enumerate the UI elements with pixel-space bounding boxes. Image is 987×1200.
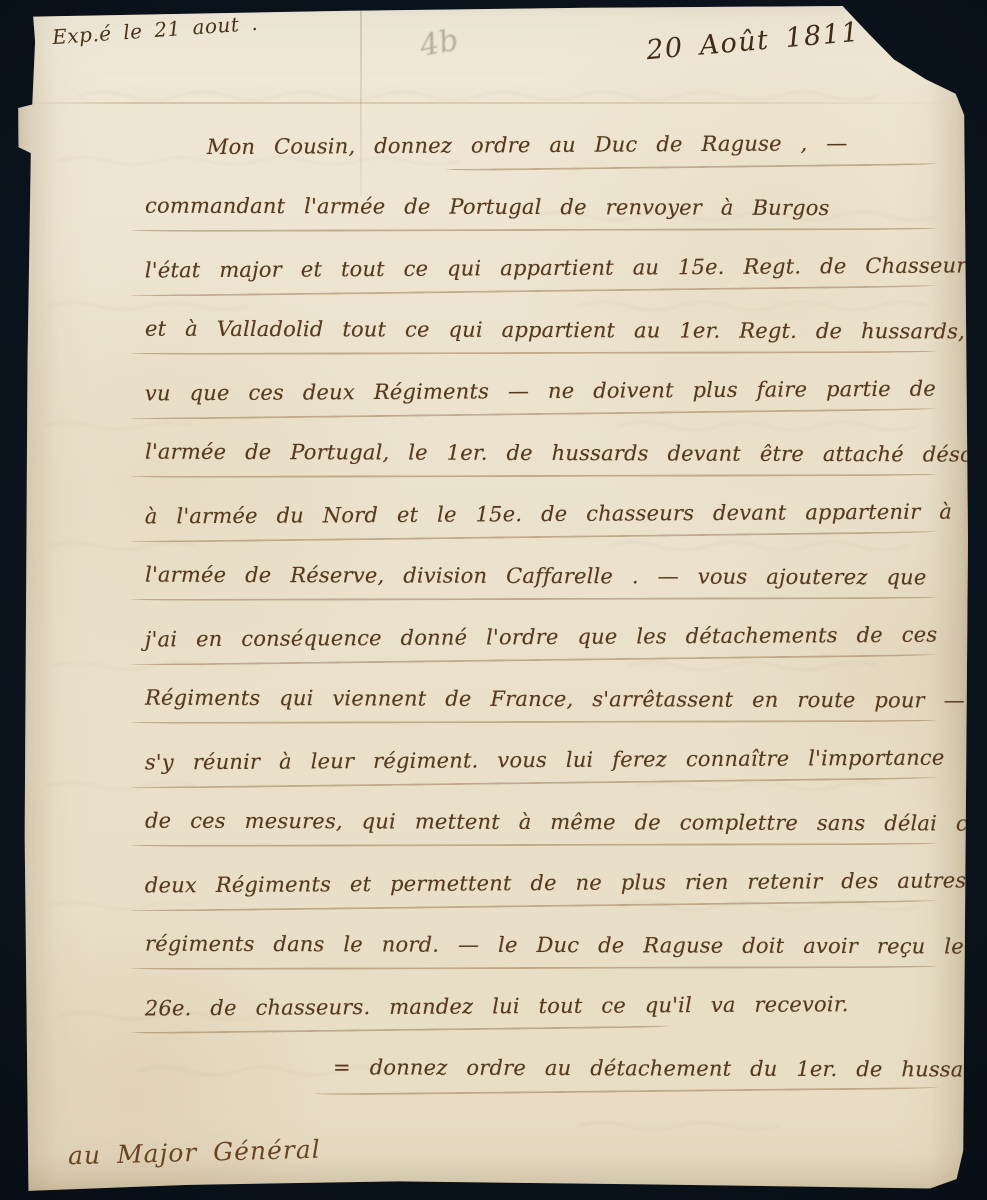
manuscript-line: 26e. de chasseurs. mandez lui tout ce qu…: [145, 992, 942, 1058]
manuscript-line-text: l'armée de Réserve, division Caffarelle …: [145, 562, 927, 589]
manuscript-line: l'état major et tout ce qui appartient a…: [145, 254, 942, 320]
manuscript-line-text: Régiments qui viennent de France, s'arrê…: [145, 685, 965, 712]
manuscript-line-text: j'ai en conséquence donné l'ordre que le…: [145, 623, 938, 652]
manuscript-line-text: régiments dans le nord. — le Duc de Ragu…: [145, 931, 964, 958]
manuscript-line-text: l'état major et tout ce qui appartient a…: [145, 253, 985, 282]
manuscript-line: régiments dans le nord. — le Duc de Ragu…: [145, 931, 942, 995]
manuscript-line-text: et à Valladolid tout ce qui appartient a…: [145, 316, 965, 343]
manuscript-line: l'armée de Portugal, le 1er. de hussards…: [145, 439, 942, 503]
manuscript-line-text: = donnez ordre au détachement du 1er. de…: [333, 1055, 987, 1082]
letter-body: Mon Cousin, donnez ordre au Duc de Ragus…: [145, 133, 942, 1117]
manuscript-line-text: Mon Cousin, donnez ordre au Duc de Ragus…: [207, 131, 848, 159]
paper-sheet: Exp.é le 21 aout . 4b 20 Août 1811 Mon C…: [18, 6, 968, 1192]
manuscript-line: et à Valladolid tout ce qui appartient a…: [145, 316, 942, 380]
manuscript-line: Mon Cousin, donnez ordre au Duc de Ragus…: [145, 131, 942, 197]
manuscript-line-text: commandant l'armée de Portugal de renvoy…: [145, 193, 830, 219]
manuscript-line-text: de ces mesures, qui mettent à même de co…: [145, 808, 987, 835]
manuscript-line-text: 26e. de chasseurs. mandez lui tout ce qu…: [145, 992, 849, 1020]
manuscript-line: commandant l'armée de Portugal de renvoy…: [145, 193, 942, 257]
manuscript-line: deux Régiments et permettent de ne plus …: [145, 869, 942, 935]
manuscript-line-text: l'armée de Portugal, le 1er. de hussards…: [145, 439, 987, 466]
manuscript-line: s'y réunir à leur régiment. vous lui fer…: [145, 746, 942, 812]
manuscript-line: vu que ces deux Régiments — ne doivent p…: [145, 377, 942, 443]
manuscript-line-text: s'y réunir à leur régiment. vous lui fer…: [145, 746, 945, 775]
horizontal-fold-crease: [18, 102, 968, 104]
manuscript-line: = donnez ordre au détachement du 1er. de…: [145, 1054, 942, 1118]
manuscript-line: à l'armée du Nord et le 15e. de chasseur…: [145, 500, 942, 566]
scanned-letter-view: Exp.é le 21 aout . 4b 20 Août 1811 Mon C…: [0, 0, 987, 1200]
manuscript-line: j'ai en conséquence donné l'ordre que le…: [145, 623, 942, 689]
manuscript-line-text: vu que ces deux Régiments — ne doivent p…: [145, 377, 936, 406]
manuscript-line-text: à l'armée du Nord et le 15e. de chasseur…: [145, 499, 987, 528]
manuscript-line-text: deux Régiments et permettent de ne plus …: [145, 868, 967, 897]
manuscript-line: l'armée de Réserve, division Caffarelle …: [145, 562, 942, 626]
manuscript-line: Régiments qui viennent de France, s'arrê…: [145, 685, 942, 749]
manuscript-line: de ces mesures, qui mettent à même de co…: [145, 808, 942, 872]
